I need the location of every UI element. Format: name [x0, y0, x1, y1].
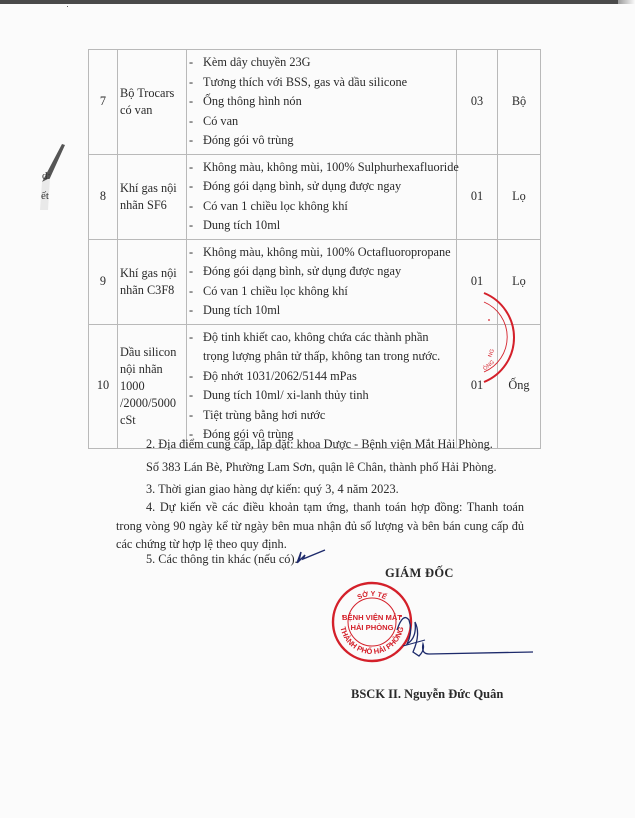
spec-line: -Đóng gói vô trùng [187, 131, 454, 151]
spec-line: -Tương thích với BSS, gas và dầu silicon… [187, 73, 454, 93]
spec-text: Dung tích 10ml [203, 218, 280, 232]
spec-line: -Không màu, không mùi, 100% Sulphurhexaf… [187, 158, 454, 178]
spec-table: 7 Bộ Trocars có van -Kèm dây chuyền 23G-… [88, 49, 541, 449]
other-info: 5. Các thông tin khác (nếu có). [146, 551, 298, 568]
delivery-time: 3. Thời gian giao hàng dự kiến: quý 3, 4… [146, 481, 399, 498]
payment-terms: 4. Dự kiến về các điều khoản tạm ứng, th… [116, 498, 524, 554]
spec-text: Kèm dây chuyền 23G [203, 55, 311, 69]
item-quantity: 01 [457, 154, 498, 239]
spec-text: Có van 1 chiều lọc không khí [203, 199, 348, 213]
signer-name: BSCK II. Nguyễn Đức Quân [351, 687, 503, 702]
spec-line: -Dung tích 10ml [187, 216, 454, 236]
item-name: Khí gas nội nhãn C3F8 [118, 239, 187, 324]
director-title: GIÁM ĐỐC [385, 566, 454, 581]
bullet-dash: - [189, 158, 193, 178]
spec-text: Ống thông hình nón [203, 94, 302, 108]
item-quantity: 03 [457, 50, 498, 155]
row-number: 10 [89, 324, 118, 448]
svg-text:NG: NG [488, 348, 496, 358]
spec-line: -Đóng gói dạng bình, sử dụng được ngay [187, 177, 454, 197]
spec-line: -Tiệt trùng bằng hơi nước [187, 406, 454, 426]
spec-line: -Đóng gói dạng bình, sử dụng được ngay [187, 262, 454, 282]
bullet-dash: - [189, 301, 193, 321]
spec-text: Độ nhớt 1031/2062/5144 mPas [203, 369, 357, 383]
item-name: Khí gas nội nhãn SF6 [118, 154, 187, 239]
spec-line: -Có van 1 chiều lọc không khí [187, 282, 454, 302]
spec-line: -Ống thông hình nón [187, 92, 454, 112]
item-specs: -Kèm dây chuyền 23G-Tương thích với BSS,… [187, 50, 457, 155]
spec-text: Dung tích 10ml/ xi-lanh thủy tinh [203, 388, 369, 402]
table-row: 8 Khí gas nội nhãn SF6 -Không màu, không… [89, 154, 541, 239]
spec-line: -Có van [187, 112, 454, 132]
edge-fragment: ết [41, 190, 49, 202]
spec-text: Không màu, không mùi, 100% Sulphurhexafl… [203, 160, 459, 174]
spec-text: Tương thích với BSS, gas và dầu silicone [203, 75, 407, 89]
bullet-dash: - [189, 328, 193, 348]
svg-text:BỆNH VIỆN MẮT: BỆNH VIỆN MẮT [342, 613, 402, 622]
spec-text: Đóng gói dạng bình, sử dụng được ngay [203, 264, 401, 278]
delivery-address: Số 383 Lán Bè, Phường Lam Sơn, quận lê C… [146, 459, 497, 476]
bullet-dash: - [189, 216, 193, 236]
spec-text: Đóng gói vô trùng [203, 133, 294, 147]
spec-text: Tiệt trùng bằng hơi nước [203, 408, 325, 422]
spec-line: -Độ nhớt 1031/2062/5144 mPas [187, 367, 454, 387]
director-signature [395, 610, 535, 675]
item-unit: Lọ [498, 154, 541, 239]
payment-terms-text: 4. Dự kiến về các điều khoản tạm ứng, th… [116, 500, 524, 551]
spec-line: -Dung tích 10ml/ xi-lanh thủy tinh [187, 386, 454, 406]
initial-signature [293, 549, 327, 570]
item-name: Dầu silicon nội nhãn 1000 /2000/5000 cSt [118, 324, 187, 448]
bullet-dash: - [189, 406, 193, 426]
item-unit: Bộ [498, 50, 541, 155]
spec-line: -Độ tinh khiết cao, không chứa các thành… [187, 328, 454, 367]
spec-text: Độ tinh khiết cao, không chứa các thành … [203, 330, 440, 364]
bullet-dash: - [189, 73, 193, 93]
spec-text: Không màu, không mùi, 100% Octafluoropro… [203, 245, 451, 259]
spec-text: Có van [203, 114, 238, 128]
bullet-dash: - [189, 367, 193, 387]
delivery-location: 2. Địa điểm cung cấp, lắp đặt: khoa Dược… [146, 436, 493, 453]
spec-text: Đóng gói dạng bình, sử dụng được ngay [203, 179, 401, 193]
bullet-dash: - [189, 177, 193, 197]
bullet-dash: - [189, 53, 193, 73]
item-specs: -Không màu, không mùi, 100% Octafluoropr… [187, 239, 457, 324]
row-number: 7 [89, 50, 118, 155]
partial-stamp: NG ÒNG [480, 290, 520, 390]
spec-text: Dung tích 10ml [203, 303, 280, 317]
row-number: 9 [89, 239, 118, 324]
bullet-dash: - [189, 112, 193, 132]
edge-fragment: d: [42, 170, 51, 182]
row-number: 8 [89, 154, 118, 239]
bullet-dash: - [189, 386, 193, 406]
svg-text:HẢI PHÒNG: HẢI PHÒNG [350, 623, 393, 632]
scan-speck [67, 6, 68, 7]
spec-line: -Dung tích 10ml [187, 301, 454, 321]
spec-line: -Có van 1 chiều lọc không khí [187, 197, 454, 217]
spec-text: Có van 1 chiều lọc không khí [203, 284, 348, 298]
table-row: 10 Dầu silicon nội nhãn 1000 /2000/5000 … [89, 324, 541, 448]
bullet-dash: - [189, 243, 193, 263]
table-row: 7 Bộ Trocars có van -Kèm dây chuyền 23G-… [89, 50, 541, 155]
bullet-dash: - [189, 282, 193, 302]
item-specs: -Không màu, không mùi, 100% Sulphurhexaf… [187, 154, 457, 239]
bullet-dash: - [189, 131, 193, 151]
scan-top-edge-fade [618, 0, 635, 4]
bullet-dash: - [189, 197, 193, 217]
svg-text:SỞ Y TẾ: SỞ Y TẾ [356, 589, 389, 601]
bullet-dash: - [189, 262, 193, 282]
item-name: Bộ Trocars có van [118, 50, 187, 155]
scan-top-edge [0, 0, 618, 4]
item-specs: -Độ tinh khiết cao, không chứa các thành… [187, 324, 457, 448]
bullet-dash: - [189, 92, 193, 112]
spec-line: -Không màu, không mùi, 100% Octafluoropr… [187, 243, 454, 263]
table-row: 9 Khí gas nội nhãn C3F8 -Không màu, khôn… [89, 239, 541, 324]
spec-line: -Kèm dây chuyền 23G [187, 53, 454, 73]
